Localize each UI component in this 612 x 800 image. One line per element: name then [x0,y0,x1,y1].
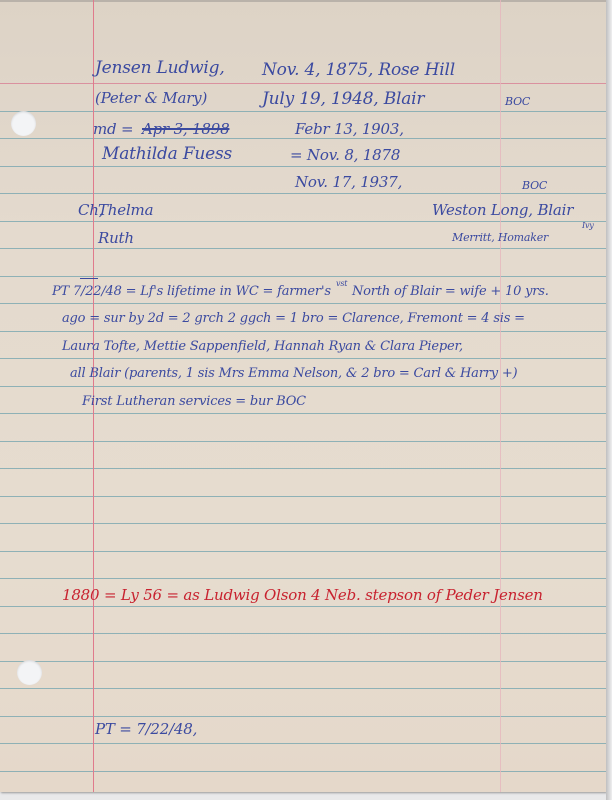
ruled-line [0,331,606,332]
obituary-line: PT 7/22/48 = Lf's lifetime in WC = farme… [52,285,331,298]
ruled-line [0,468,606,469]
scan-edge [606,0,612,800]
marriage-label: md = [93,122,133,137]
ruled-line [0,661,606,662]
ruled-line [0,688,606,689]
child-location-note: Ivy [582,222,594,230]
ruled-line [0,633,606,634]
child-location: Weston Long, Blair [432,203,573,218]
source-citation: PT = 7/22/48, [95,722,197,737]
ruled-line [0,606,606,607]
header-rule [0,83,606,84]
child-location: Merritt, Homaker [452,232,548,243]
spouse-birth: = Nov. 8, 1878 [290,148,400,163]
subject-name: Jensen Ludwig, [95,60,225,77]
ruled-line [0,523,606,524]
ruled-line [0,771,606,772]
ruled-line [0,413,606,414]
punch-hole-bottom [17,660,42,685]
parents: (Peter & Mary) [95,91,207,106]
ruled-line [0,386,606,387]
ruled-line [0,276,606,277]
obituary-line: all Blair (parents, 1 sis Mrs Emma Nelso… [70,367,517,380]
child-name: Thelma [98,203,153,218]
ruled-line [0,716,606,717]
ruled-line [0,578,606,579]
burial-mark: BOC [505,96,530,107]
ruled-line [0,551,606,552]
ruled-line [0,193,606,194]
ruled-line [0,358,606,359]
spouse-name: Mathilda Fuess [102,146,232,163]
ruled-line [0,496,606,497]
ruled-line [0,138,606,139]
obituary-line-tail: North of Blair = wife + 10 yrs. [352,285,549,298]
ruled-line [0,111,606,112]
ruled-line [0,743,606,744]
marriage-date: Febr 13, 1903, [295,122,404,137]
paper-top-edge [0,0,606,2]
obituary-line: First Lutheran services = bur BOC [82,395,306,408]
birth-info: Nov. 4, 1875, Rose Hill [262,62,455,79]
ruled-line [0,303,606,304]
right-margin-line [500,0,501,792]
section-dash [80,278,98,279]
obituary-line: ago = sur by 2d = 2 grch 2 ggch = 1 bro … [62,312,525,325]
child-name: Ruth [98,231,134,246]
ruled-line [0,221,606,222]
obituary-superscript: vst [336,280,347,288]
ruled-line [0,248,606,249]
spouse-death: Nov. 17, 1937, [295,175,402,190]
census-note: 1880 = Ly 56 = as Ludwig Olson 4 Neb. st… [62,588,543,603]
struck-marriage-date: Apr 3, 1898 [142,122,229,137]
death-info: July 19, 1948, Blair [262,91,424,108]
obituary-line: Laura Tofte, Mettie Sappenfield, Hannah … [62,340,463,353]
punch-hole-top [11,111,36,136]
notebook-page: Jensen Ludwig, Nov. 4, 1875, Rose Hill (… [0,0,606,792]
ruled-line [0,441,606,442]
ruled-line [0,166,606,167]
spouse-burial-mark: BOC [522,180,547,191]
